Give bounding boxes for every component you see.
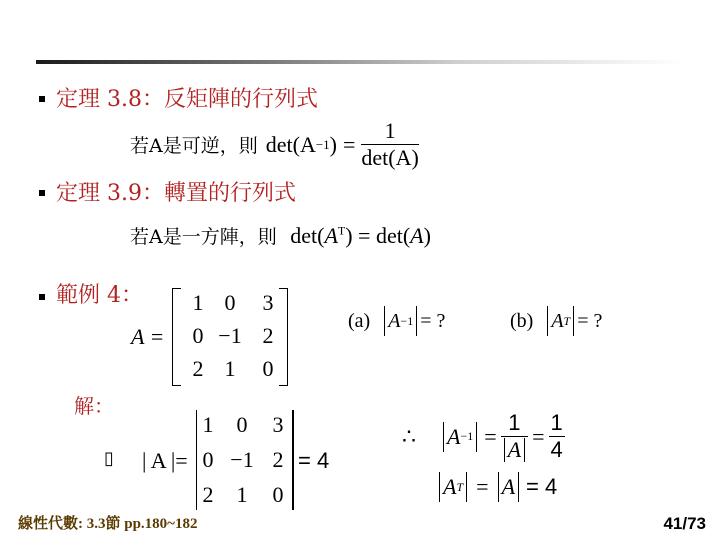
answer-a: A−1 = 1 A = 1 4 bbox=[440, 410, 565, 463]
det-lhs-sup: −1 bbox=[316, 137, 330, 153]
matrix-cell: 1 bbox=[222, 482, 262, 508]
fraction: 1 det(A) bbox=[361, 118, 418, 171]
matrix-cell: 0 bbox=[222, 412, 262, 438]
matrix-symbol: A bbox=[324, 223, 337, 248]
question-a: (a) A−1 = ? bbox=[348, 306, 445, 336]
formula-rhs: ) = det( bbox=[345, 223, 410, 248]
matrix-cell: 1 bbox=[210, 356, 250, 382]
det-lhs-close: ) bbox=[330, 132, 337, 158]
matrix-cell: 0 bbox=[248, 356, 288, 382]
theorem-3-8-formula: 若A是可逆，則 det(A−1) = 1 det(A) bbox=[130, 118, 419, 171]
numerator: 1 bbox=[383, 118, 398, 144]
theorem-3-9-heading: 定理 3.9：轉置的行列式 bbox=[56, 176, 296, 207]
matrix-symbol: A bbox=[551, 310, 563, 333]
theorem-3-9-condition: 若A是一方陣，則 bbox=[130, 226, 277, 248]
det-lhs: | A |= bbox=[142, 448, 188, 473]
matrix-cell: 2 bbox=[248, 323, 288, 349]
equals-sign: = bbox=[476, 474, 488, 500]
matrix-cell: 3 bbox=[248, 290, 288, 316]
bullet-icon bbox=[39, 96, 45, 102]
matrix-cell: −1 bbox=[210, 323, 250, 349]
part-a-label: (a) bbox=[348, 310, 370, 333]
bullet-icon bbox=[39, 294, 45, 300]
det-result: = 4 bbox=[298, 448, 329, 474]
matrix-symbol: A bbox=[410, 223, 423, 248]
determinant-A: 1 0 3 0 −1 2 2 1 0 bbox=[196, 410, 294, 510]
matrix-symbol: A bbox=[502, 474, 515, 500]
question-b: (b) AT = ? bbox=[510, 306, 602, 336]
matrix-A: 1 0 3 0 −1 2 2 1 0 bbox=[172, 288, 288, 386]
part-b-equals: = ? bbox=[577, 310, 602, 333]
det-lhs: det(A bbox=[266, 132, 316, 158]
matrix-cell: 2 bbox=[258, 447, 298, 473]
transpose-sup: T bbox=[564, 314, 571, 329]
theorem-3-8-condition: 若A是可逆，則 bbox=[130, 131, 258, 158]
matrix-symbol: A bbox=[447, 424, 460, 450]
result: = 4 bbox=[526, 474, 557, 500]
matrix-name: A = bbox=[131, 324, 164, 350]
formula-lhs: det( bbox=[290, 223, 324, 248]
matrix-cell: 3 bbox=[258, 412, 298, 438]
matrix-symbol: A bbox=[388, 310, 400, 333]
equals-sign: = bbox=[484, 424, 496, 450]
matrix-cell: −1 bbox=[222, 447, 262, 473]
title-divider bbox=[36, 60, 686, 64]
part-b-label: (b) bbox=[510, 310, 533, 333]
matrix-cell: 0 bbox=[258, 482, 298, 508]
denominator: det(A) bbox=[361, 145, 418, 171]
transpose-sup: T bbox=[456, 480, 463, 495]
example-4-heading: 範例 4： bbox=[56, 278, 143, 309]
answer-b: AT = A = 4 bbox=[436, 472, 557, 502]
theorem-3-8-heading: 定理 3.8：反矩陣的行列式 bbox=[56, 82, 318, 113]
bullet-icon bbox=[39, 190, 45, 196]
placeholder-glyph: ▯ bbox=[104, 448, 114, 469]
denominator: A bbox=[508, 437, 521, 463]
part-a-equals: = ? bbox=[420, 310, 445, 333]
equals-sign: = bbox=[343, 132, 355, 158]
det-A-label: | A |= bbox=[142, 448, 188, 474]
solution-heading: 解： bbox=[74, 390, 114, 419]
page-number: 41/73 bbox=[663, 514, 706, 534]
numerator: 1 bbox=[506, 410, 522, 436]
inverse-sup: −1 bbox=[460, 429, 473, 444]
equals-sign: = bbox=[532, 424, 544, 450]
matrix-symbol: A bbox=[443, 474, 456, 500]
therefore-symbol: ∴ bbox=[402, 424, 416, 450]
fraction: 1 A bbox=[501, 410, 528, 463]
denominator: 4 bbox=[551, 437, 563, 463]
numerator: 1 bbox=[549, 410, 565, 436]
fraction: 1 4 bbox=[549, 410, 565, 463]
source-reference: 線性代數: 3.3節 pp.180~182 bbox=[18, 512, 197, 533]
matrix-cell: 0 bbox=[210, 290, 250, 316]
theorem-3-9-formula: 若A是一方陣，則 det(AT) = det(A) bbox=[130, 222, 431, 249]
formula-end: ) bbox=[424, 223, 431, 248]
inverse-sup: −1 bbox=[400, 314, 413, 329]
